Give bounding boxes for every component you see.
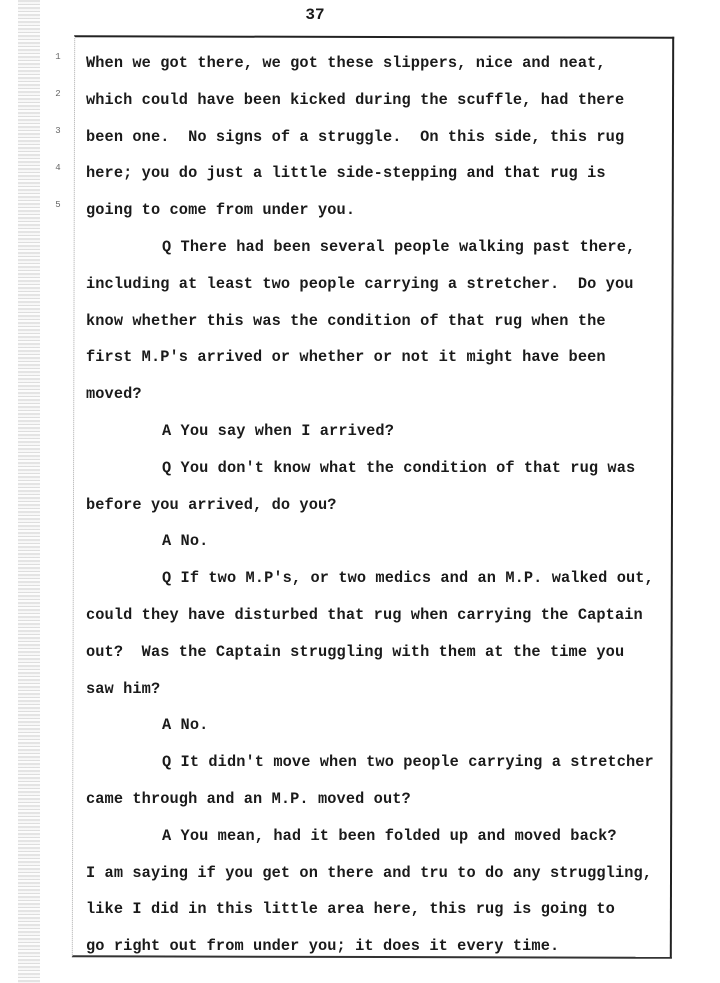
transcript-line: first M.P's arrived or whether or not it…	[86, 346, 676, 383]
transcript-line: like I did in this little area here, thi…	[86, 898, 676, 935]
line-marker: 5	[48, 200, 68, 237]
transcript-line: going to come from under you.	[86, 199, 676, 236]
transcript-line: When we got there, we got these slippers…	[86, 52, 676, 89]
transcript-line: including at least two people carrying a…	[86, 273, 676, 310]
transcript-line: out? Was the Captain struggling with the…	[86, 641, 676, 678]
line-marker: 1	[48, 52, 68, 89]
transcript-line: came through and an M.P. moved out?	[86, 788, 676, 825]
transcript-line: A You say when I arrived?	[86, 420, 676, 457]
transcript-line: A No.	[86, 714, 676, 751]
transcript-body: When we got there, we got these slippers…	[86, 52, 676, 972]
transcript-line: Q There had been several people walking …	[86, 236, 676, 273]
line-marker: 4	[48, 163, 68, 200]
transcript-line: saw him?	[86, 678, 676, 715]
line-number-column: 1 2 3 4 5	[48, 52, 68, 237]
line-marker: 2	[48, 89, 68, 126]
transcript-line: know whether this was the condition of t…	[86, 310, 676, 347]
transcript-line: could they have disturbed that rug when …	[86, 604, 676, 641]
transcript-line: before you arrived, do you?	[86, 494, 676, 531]
transcript-line: Q If two M.P's, or two medics and an M.P…	[86, 567, 676, 604]
transcript-line: moved?	[86, 383, 676, 420]
transcript-line: been one. No signs of a struggle. On thi…	[86, 126, 676, 163]
transcript-line: I am saying if you get on there and tru …	[86, 862, 676, 899]
transcript-line: Q You don't know what the condition of t…	[86, 457, 676, 494]
transcript-line: here; you do just a little side-stepping…	[86, 162, 676, 199]
line-marker: 3	[48, 126, 68, 163]
transcript-line: go right out from under you; it does it …	[86, 935, 676, 972]
transcript-line: A You mean, had it been folded up and mo…	[86, 825, 676, 862]
transcript-line: Q It didn't move when two people carryin…	[86, 751, 676, 788]
transcript-line: which could have been kicked during the …	[86, 89, 676, 126]
page-number: 37	[300, 6, 330, 24]
binding-edge	[18, 0, 40, 983]
transcript-line: A No.	[86, 530, 676, 567]
